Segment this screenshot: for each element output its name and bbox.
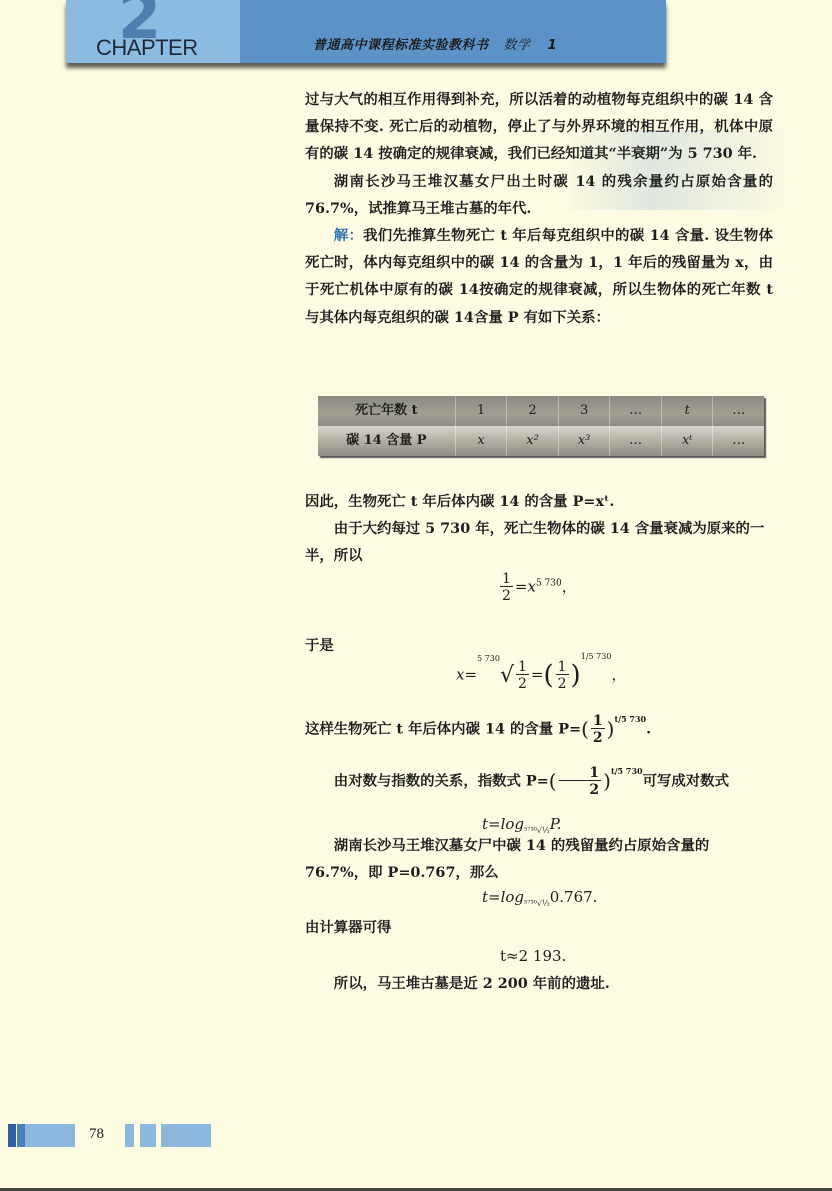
table-cell: … xyxy=(713,426,764,456)
table-cell: t xyxy=(662,396,714,426)
series-name: 普通高中课程标准实验教科书 xyxy=(313,38,489,53)
paragraph-solution: 解：我们先推算生物死亡 t 年后每克组织中的碳 14 含量. 设生物体死亡时，体… xyxy=(305,222,773,331)
subject-name: 数学 xyxy=(504,38,531,53)
footer-bar xyxy=(17,1124,25,1147)
series-title: 普通高中课程标准实验教科书 数学 1 xyxy=(313,34,557,53)
equation-x: x=5 730√12=(12)1/5 730， xyxy=(456,660,626,691)
fraction: 12 xyxy=(500,572,513,603)
chapter-label: CHAPTER xyxy=(96,35,198,61)
table-cell: 1 xyxy=(456,396,508,426)
main-text: 过与大气的相互作用得到补充，所以活着的动植物每克组织中的碳 14 含量保持不变.… xyxy=(305,86,773,331)
footer-bar xyxy=(25,1124,75,1147)
table-header-years: 死亡年数 t xyxy=(318,396,456,426)
table-cell: x² xyxy=(507,426,559,456)
footer-bar xyxy=(125,1124,134,1147)
paragraph-conclusion-px: 因此，生物死亡 t 年后体内碳 14 的含量 P=xᵗ. xyxy=(305,488,773,515)
solution-label: 解： xyxy=(334,227,363,244)
table-row-years: 死亡年数 t 1 2 3 … t … xyxy=(318,396,764,426)
solution-text: 我们先推算生物死亡 t 年后每克组织中的碳 14 含量. 设生物体死亡时，体内每… xyxy=(305,227,773,326)
table-cell: x xyxy=(456,426,508,456)
paragraph-content-formula: 这样生物死亡 t 年后体内碳 14 的含量 P=(12)t/5 730. xyxy=(305,714,773,745)
paragraph-log-relation: 由对数与指数的关系，指数式 P=(12)t/5 730可写成对数式 xyxy=(305,766,773,797)
paragraph-half-life: 由于大约每过 5 730 年，死亡生物体的碳 14 含量衰减为原来的一半，所以 xyxy=(305,515,773,569)
footer-bar xyxy=(161,1124,211,1147)
table-cell: xᵗ xyxy=(662,426,714,456)
equation-half: 12=x5 730， xyxy=(498,572,577,603)
volume-number: 1 xyxy=(548,38,558,53)
table-cell: … xyxy=(610,426,662,456)
paragraph-therefore: 于是 xyxy=(305,632,773,659)
table-cell: x³ xyxy=(559,426,611,456)
table-header-content: 碳 14 含量 P xyxy=(318,426,456,456)
table-cell: … xyxy=(610,396,662,426)
table-row-content: 碳 14 含量 P x x² x³ … xᵗ … xyxy=(318,426,764,456)
paragraph-problem: 湖南长沙马王堆汉墓女尸出土时碳 14 的残余量约占原始含量的 76.7%，试推算… xyxy=(305,168,773,222)
equation-result: t≈2 193. xyxy=(500,947,566,965)
paragraph-mawangdui-data: 湖南长沙马王堆汉墓女尸中碳 14 的残留量约占原始含量的 76.7%，即 P=0… xyxy=(305,832,773,886)
table-cell: … xyxy=(713,396,764,426)
paragraph-calculator: 由计算器可得 xyxy=(305,914,773,941)
table-cell: 3 xyxy=(559,396,611,426)
decay-table: 死亡年数 t 1 2 3 … t … 碳 14 含量 P x x² x³ … x… xyxy=(318,396,764,456)
paragraph-intro: 过与大气的相互作用得到补充，所以活着的动植物每克组织中的碳 14 含量保持不变.… xyxy=(305,86,773,168)
paragraph-final: 所以，马王堆古墓是近 2 200 年前的遗址. xyxy=(305,970,773,997)
footer-bar xyxy=(140,1124,156,1147)
chapter-header-band: 2 CHAPTER 普通高中课程标准实验教科书 数学 1 xyxy=(66,0,666,63)
footer-bar xyxy=(8,1124,16,1147)
table-cell: 2 xyxy=(507,396,559,426)
page-number: 78 xyxy=(89,1126,104,1143)
chapter-badge: 2 CHAPTER xyxy=(66,0,240,63)
radical-sign: √ xyxy=(500,663,514,688)
equation-log-value: t=log⁵⁷³⁰√½0.767. xyxy=(482,888,597,908)
